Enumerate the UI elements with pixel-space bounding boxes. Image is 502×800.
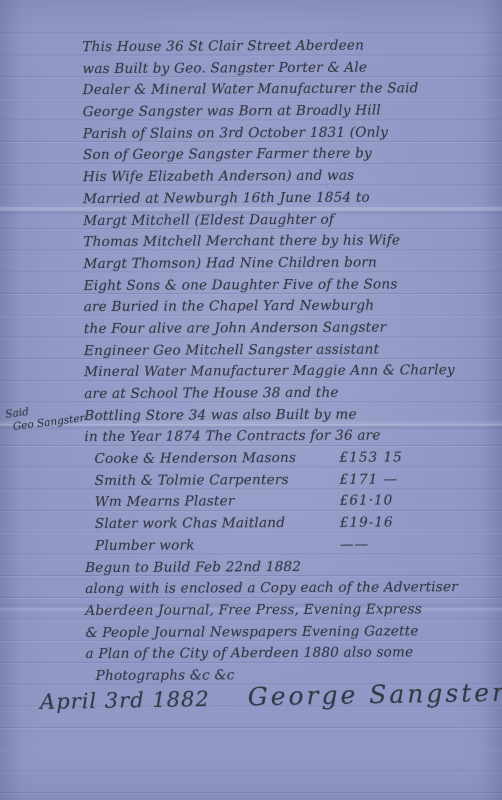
contract-amount: £153 15 <box>339 447 402 469</box>
handwritten-line: Married at Newburgh 16th June 1854 to <box>83 187 489 211</box>
contractor-name: Cooke & Henderson Masons <box>94 448 339 471</box>
handwritten-line: in the Year 1874 The Contracts for 36 ar… <box>84 425 490 449</box>
contract-line-slater: Slater work Chas Maitland £19-16 <box>85 512 491 536</box>
handwritten-line: This House 36 St Clair Street Aberdeen <box>82 35 488 59</box>
contract-amount: £61·10 <box>340 491 394 513</box>
contract-line-carpenters: Smith & Tolmie Carpenters £171 — <box>85 469 491 493</box>
contract-line-plumber: Plumber work —— <box>85 534 491 558</box>
handwritten-line: was Built by Geo. Sangster Porter & Ale <box>82 57 488 81</box>
contract-amount: —— <box>340 534 369 556</box>
handwritten-line: Dealer & Mineral Water Manufacturer the … <box>83 78 489 102</box>
contract-line-masons: Cooke & Henderson Masons £153 15 <box>84 447 490 471</box>
closing-date: April 3rd 1882 <box>40 687 210 714</box>
handwritten-line: are at School The House 38 and the <box>84 382 490 406</box>
margin-note: Said Geo Sangster <box>5 399 86 434</box>
contract-line-plaster: Wm Mearns Plaster £61·10 <box>85 490 491 514</box>
handwritten-line: Bottling Store 34 was also Built by me <box>84 404 490 428</box>
contract-amount: £19-16 <box>340 513 394 535</box>
handwritten-line: Eight Sons & one Daughter Five of the So… <box>84 274 490 298</box>
contractor-name: Wm Mearns Plaster <box>95 491 340 514</box>
handwritten-line: Margt Mitchell (Eldest Daughter of <box>83 208 489 232</box>
handwritten-line: His Wife Elizabeth Anderson) and was <box>83 165 489 189</box>
handwritten-line: a Plan of the City of Aberdeen 1880 also… <box>85 642 491 666</box>
handwritten-line: the Four alive are John Anderson Sangste… <box>84 317 490 341</box>
handwritten-line: Aberdeen Journal, Free Press, Evening Ex… <box>85 599 491 623</box>
contractor-name: Smith & Tolmie Carpenters <box>95 469 340 492</box>
letter-page: Said Geo Sangster This House 36 St Clair… <box>0 0 502 800</box>
handwritten-line: are Buried in the Chapel Yard Newburgh <box>84 295 490 319</box>
handwritten-line: Parish of Slains on 3rd October 1831 (On… <box>83 122 489 146</box>
handwritten-line: Begun to Build Feb 22nd 1882 <box>85 555 491 579</box>
handwritten-line: & People Journal Newspapers Evening Gaze… <box>85 620 491 644</box>
contractor-name: Slater work Chas Maitland <box>95 513 340 536</box>
handwritten-line: Engineer Geo Mitchell Sangster assistant <box>84 339 490 363</box>
handwritten-line: Margt Thomson) Had Nine Children born <box>83 252 489 276</box>
handwritten-line: Thomas Mitchell Merchant there by his Wi… <box>83 230 489 254</box>
handwritten-line: George Sangster was Born at Broadly Hill <box>83 100 489 124</box>
handwritten-line: Son of George Sangster Farmer there by <box>83 143 489 167</box>
handwritten-line: Mineral Water Manufacturer Maggie Ann & … <box>84 360 490 384</box>
contractor-name: Plumber work <box>95 535 340 558</box>
handwritten-line: along with is enclosed a Copy each of th… <box>85 577 491 601</box>
letter-body: This House 36 St Clair Street Aberdeen w… <box>82 35 491 688</box>
signature: George Sangster <box>247 678 502 712</box>
contract-amount: £171 — <box>340 469 399 491</box>
